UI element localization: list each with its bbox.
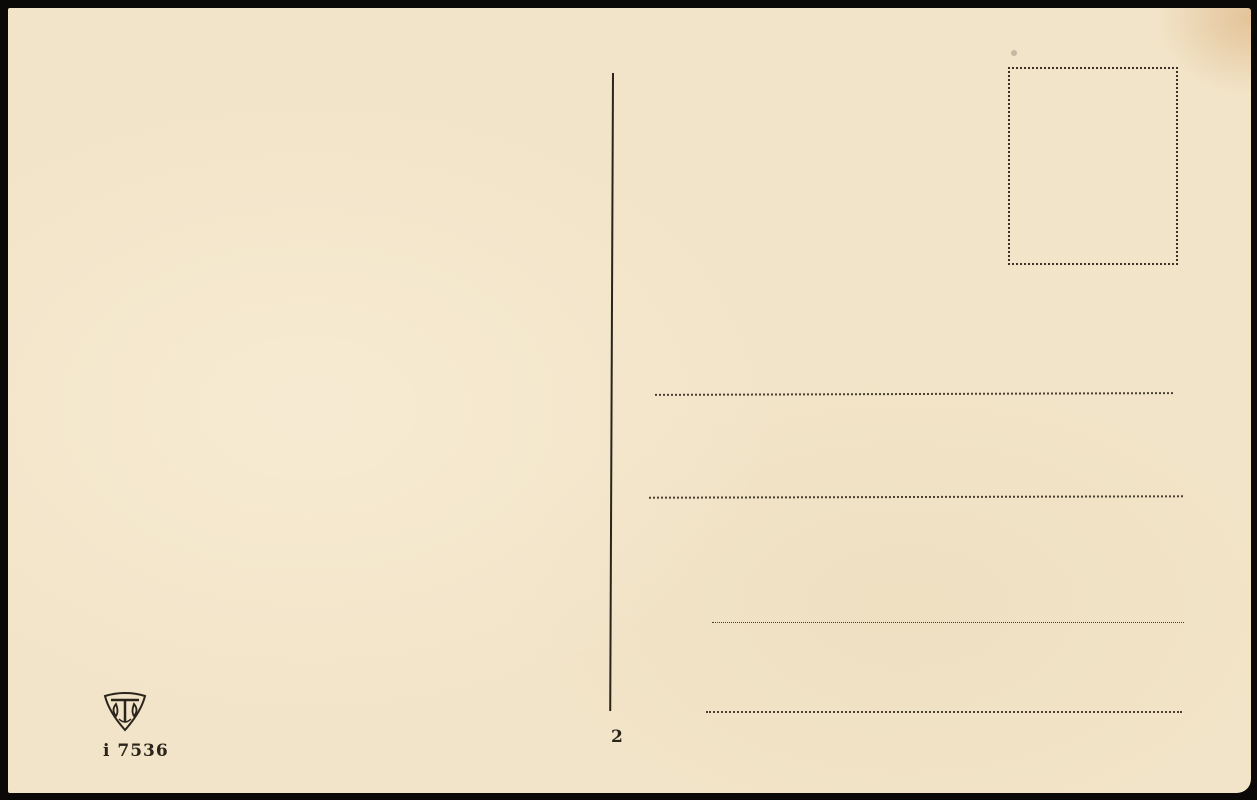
address-line-1 [655, 392, 1173, 396]
catalog-number: i 7536 [103, 741, 169, 761]
postcard-back: i 7536 2 [8, 8, 1251, 793]
address-line-3 [712, 622, 1184, 623]
address-line-4 [706, 711, 1182, 713]
message-address-divider [609, 73, 614, 711]
stamp-box [1008, 67, 1178, 265]
paper-speck [1011, 50, 1017, 56]
address-line-2 [649, 495, 1183, 498]
page-number: 2 [611, 727, 623, 747]
publisher-monogram-icon [103, 692, 147, 732]
